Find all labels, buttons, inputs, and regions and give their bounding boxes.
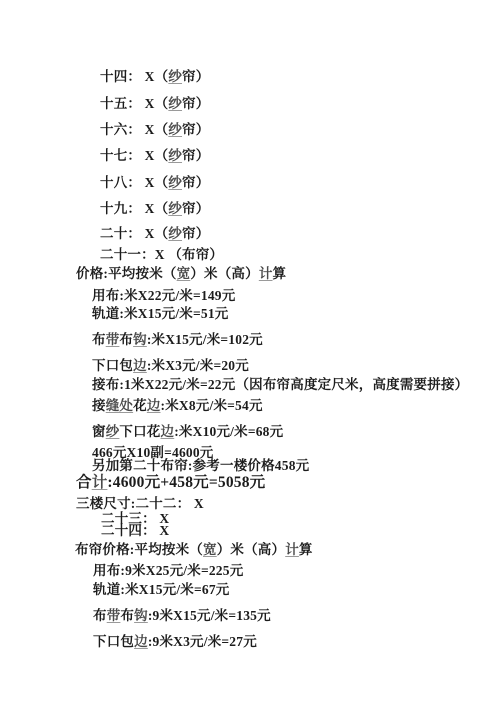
fabric-cost-line-2: 用布:9米X25元/米=225元 [93, 563, 243, 579]
line-text: 帘） [182, 122, 209, 137]
sheer-hem-lace-cost-line: 窗纱下口花边:米X10元/米=68元 [92, 424, 283, 440]
fabric-cost-line: 用布:米X22元/米=149元 [92, 288, 235, 304]
line-text: :米X10元/米=68元 [174, 424, 283, 439]
spell-marked-text: 缝处 [106, 398, 133, 413]
line-text: 用布:米X22元/米=149元 [92, 288, 235, 303]
line-text: 接布:1米X22元/米=22元（因布帘高度定尺米，高度需要拼接） [92, 377, 468, 392]
line-text: ）米（高） [190, 266, 259, 281]
spell-marked-text: 纱 [168, 69, 182, 84]
line-text: 十五： X（ [100, 96, 168, 111]
line-text: 另加第二十布帘:参考一楼价格458元 [92, 458, 309, 473]
spell-marked-text: 纱 [168, 148, 182, 163]
line-text: 窗 [92, 424, 106, 439]
line-text: :4600元+458元=5058元 [107, 474, 265, 491]
size-item-19: 十九： X（纱帘） [100, 201, 209, 217]
size-item-15: 十五： X（纱帘） [100, 96, 209, 112]
spell-marked-text: 边 [133, 358, 147, 373]
spell-marked-text: 纱 [106, 424, 120, 439]
spell-marked-text: 纱 [168, 96, 182, 111]
line-text: 算 [273, 266, 287, 281]
line-text: 合 [76, 474, 92, 491]
size-item-20: 二十： X（纱帘） [100, 226, 209, 242]
spell-marked-text: 纱 [168, 175, 182, 190]
additional-curtain-line: 另加第二十布帘:参考一楼价格458元 [92, 458, 309, 474]
line-text: :9米X3元/米=27元 [148, 634, 257, 649]
line-text: 布 [92, 332, 106, 347]
track-cost-line-2: 轨道:米X15元/米=67元 [93, 582, 230, 598]
line-text: 轨道:米X15元/米=67元 [93, 582, 230, 597]
line-text: 帘） [182, 69, 209, 84]
line-text: 十四： X（ [100, 69, 168, 84]
line-text: 十九： X（ [100, 201, 168, 216]
spell-marked-text: 钩 [134, 608, 148, 623]
line-text: :米X3元/米=20元 [147, 358, 249, 373]
line-text: 十六： X（ [100, 122, 168, 137]
price-section-header: 价格:平均按米（宽）米（高）计算 [76, 266, 286, 282]
spell-marked-text: 纱 [168, 201, 182, 216]
line-text: 下口花 [119, 424, 160, 439]
tape-hook-cost-line: 布带布钩:米X15元/米=102元 [92, 332, 263, 348]
size-item-17: 十七： X（纱帘） [100, 148, 209, 164]
line-text: 算 [299, 542, 313, 557]
track-cost-line: 轨道:米X15元/米=51元 [92, 306, 229, 322]
hem-cost-line: 下口包边:米X3元/米=20元 [92, 358, 249, 374]
size-item-16: 十六： X（纱帘） [100, 122, 209, 138]
line-text: :米X15元/米=102元 [147, 332, 263, 347]
size-item-18: 十八： X（纱帘） [100, 175, 209, 191]
line-text: 布帘价格:平均按米（ [75, 542, 203, 557]
line-text: 帘） [182, 96, 209, 111]
line-text: 布 [93, 608, 107, 623]
spell-marked-text: 计 [92, 474, 108, 491]
line-text: ）米（高） [217, 542, 286, 557]
joining-fabric-cost-line: 接布:1米X22元/米=22元（因布帘高度定尺米，高度需要拼接） [92, 377, 468, 393]
line-text: 帘） [182, 148, 209, 163]
line-text: 二十四： X [101, 523, 169, 538]
tape-hook-cost-line-2: 布带布钩:9米X15元/米=135元 [93, 608, 271, 624]
total-line: 合计:4600元+458元=5058元 [76, 474, 265, 492]
spell-marked-text: 计 [285, 542, 299, 557]
line-text: 帘） [182, 175, 209, 190]
line-text: :米X8元/米=54元 [161, 398, 263, 413]
spell-marked-text: 纱 [168, 226, 182, 241]
line-text: 帘） [182, 201, 209, 216]
line-text: 布 [120, 608, 134, 623]
third-floor-size-header: 三楼尺寸:二十二： X [76, 496, 204, 512]
spell-marked-text: 边 [161, 424, 175, 439]
hem-cost-line-2: 下口包边:9米X3元/米=27元 [93, 634, 257, 650]
spell-marked-text: 带 [107, 608, 121, 623]
spell-marked-text: 纱 [168, 122, 182, 137]
cloth-curtain-price-header: 布帘价格:平均按米（宽）米（高）计算 [75, 542, 313, 558]
line-text: :9米X15元/米=135元 [148, 608, 271, 623]
line-text: 接 [92, 398, 106, 413]
document-page: 十四： X（纱帘） 十五： X（纱帘） 十六： X（纱帘） 十七： X（纱帘） … [0, 0, 500, 707]
line-text: 轨道:米X15元/米=51元 [92, 306, 229, 321]
spell-marked-text: 边 [134, 634, 148, 649]
spell-marked-text: 边 [147, 398, 161, 413]
line-text: 花 [133, 398, 147, 413]
spell-marked-text: 计 [259, 266, 273, 281]
spell-marked-text: 钩 [133, 332, 147, 347]
line-text: 帘） [182, 226, 209, 241]
line-text: 价格:平均按米（ [76, 266, 177, 281]
spell-marked-text: 宽 [177, 266, 191, 281]
size-item-14: 十四： X（纱帘） [100, 69, 209, 85]
line-text: 二十一：X （布帘） [100, 247, 223, 262]
spell-marked-text: 带 [106, 332, 120, 347]
line-text: 下口包 [92, 358, 133, 373]
line-text: 用布:9米X25元/米=225元 [93, 563, 243, 578]
line-text: 布 [119, 332, 133, 347]
line-text: 十七： X（ [100, 148, 168, 163]
line-text: 三楼尺寸:二十二： X [76, 496, 204, 511]
line-text: 二十： X（ [100, 226, 168, 241]
seam-lace-cost-line: 接缝处花边:米X8元/米=54元 [92, 398, 263, 414]
line-text: 十八： X（ [100, 175, 168, 190]
line-text: 下口包 [93, 634, 134, 649]
spell-marked-text: 宽 [203, 542, 217, 557]
size-item-24: 二十四： X [101, 523, 169, 539]
size-item-21: 二十一：X （布帘） [100, 247, 223, 263]
